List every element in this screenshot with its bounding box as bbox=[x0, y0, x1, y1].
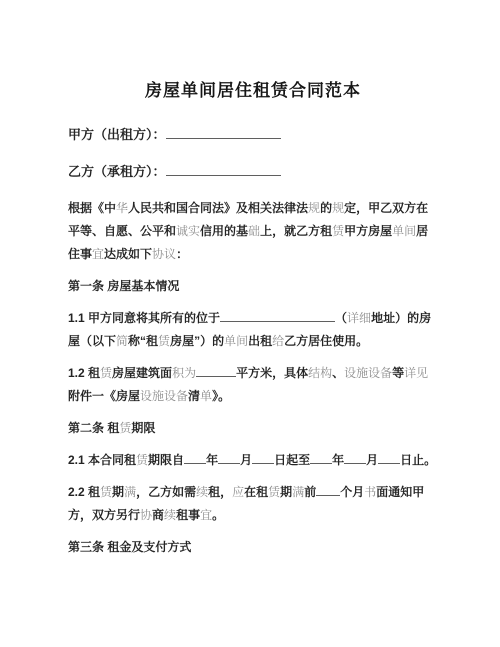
text-run: 积为 bbox=[172, 366, 196, 380]
text-run: 1.2 租 bbox=[68, 366, 100, 380]
text-run: 协 bbox=[140, 508, 152, 522]
text-run: 1.1 甲方同意将其所有的位于 bbox=[68, 311, 220, 325]
text-run: 结构 bbox=[308, 366, 332, 380]
document-title: 房屋单间居住租赁合同范本 bbox=[68, 78, 438, 104]
heading-article-2: 第二条 租赁期限 bbox=[68, 417, 438, 440]
fill-in-blank bbox=[166, 125, 281, 139]
text-run: 满 bbox=[124, 485, 136, 499]
text-run: 租事 bbox=[176, 508, 200, 522]
text-run: 清 bbox=[188, 389, 200, 403]
text-run: 详见 bbox=[404, 366, 428, 380]
party-a-line: 甲方（出租方）： bbox=[68, 123, 438, 146]
text-run: 甲方（出租方）： bbox=[68, 127, 166, 142]
text-run: 日止。 bbox=[400, 453, 436, 467]
text-run: 商 bbox=[152, 508, 164, 522]
text-run: 日起至 bbox=[274, 453, 310, 467]
fill-in-blank bbox=[220, 308, 335, 322]
fill-in-blank bbox=[310, 450, 332, 464]
text-run: 期 bbox=[112, 485, 124, 499]
text-run: 房屋”）的 bbox=[170, 334, 224, 348]
text-run: 赁 bbox=[100, 485, 112, 499]
text-run: 续 bbox=[196, 485, 208, 499]
text-run: 上，就乙方租 bbox=[260, 224, 332, 238]
fill-in-blank bbox=[378, 450, 400, 464]
text-run: 甲方房屋 bbox=[344, 224, 392, 238]
text-run: （ bbox=[335, 311, 347, 325]
text-run: 出租 bbox=[248, 334, 272, 348]
clause-1-2: 1.2 租赁房屋建筑面积为平方米，具体结构、设施设备等详见附件一《房屋设施设备清… bbox=[68, 362, 438, 408]
fill-in-blank bbox=[344, 450, 366, 464]
text-run: 诚实 bbox=[176, 224, 200, 238]
text-run: 期限自 bbox=[148, 453, 184, 467]
text-run: 单间 bbox=[224, 334, 248, 348]
heading-article-3: 第三条 租金及支付方式 bbox=[68, 536, 438, 559]
text-run: 年 bbox=[332, 453, 344, 467]
text-run: 、 bbox=[332, 366, 344, 380]
text-run: 第一条 房屋基本情况 bbox=[68, 279, 179, 293]
text-run: 房屋建筑面 bbox=[112, 366, 172, 380]
text-run: 》。 bbox=[212, 389, 230, 403]
text-run: 宜 bbox=[200, 508, 212, 522]
text-run: 达成如下 bbox=[104, 247, 152, 261]
fill-in-blank bbox=[316, 482, 340, 496]
text-run: 赁 bbox=[136, 453, 148, 467]
intro-paragraph: 根据《中华人民共和国合同法》及相关法律法规的规定，甲乙双方在平等、自愿、公平和诚… bbox=[68, 197, 438, 266]
text-run: 第三条 租金及支付方式 bbox=[68, 540, 191, 554]
text-run: 年 bbox=[206, 453, 218, 467]
text-run: 础 bbox=[248, 224, 260, 238]
text-run: 赁 bbox=[332, 224, 344, 238]
text-run: 满 bbox=[292, 485, 304, 499]
text-run: 单 bbox=[200, 389, 212, 403]
text-run: ，乙方如需 bbox=[136, 485, 196, 499]
text-run: 规 bbox=[332, 201, 344, 215]
text-run: 的 bbox=[320, 201, 332, 215]
text-run: 乙方（承租方）： bbox=[68, 164, 166, 179]
text-run: 设施设备 bbox=[344, 366, 392, 380]
heading-article-1: 第一条 房屋基本情况 bbox=[68, 275, 438, 298]
text-run: 续 bbox=[164, 508, 176, 522]
text-run: 个月 bbox=[340, 485, 364, 499]
text-run: 在租 bbox=[244, 485, 268, 499]
fill-in-blank bbox=[196, 363, 236, 377]
text-run: 宜 bbox=[92, 247, 104, 261]
party-b-line: 乙方（承租方）： bbox=[68, 160, 438, 183]
text-run: 人民共和国合同法》及相关法律法 bbox=[128, 201, 308, 215]
text-run: 设施设备 bbox=[140, 389, 188, 403]
fill-in-blank bbox=[252, 450, 274, 464]
text-run: 2.1 本合同租 bbox=[68, 453, 136, 467]
text-run: 第二条 租 bbox=[68, 421, 119, 435]
text-run: 平方米，具体 bbox=[236, 366, 308, 380]
text-run: 赁 bbox=[100, 366, 112, 380]
text-run: 简 bbox=[116, 334, 128, 348]
text-run: ： bbox=[176, 247, 188, 261]
text-run: 租， bbox=[208, 485, 232, 499]
text-run: 信用的基 bbox=[200, 224, 248, 238]
document-page: { "document": { "title": "房屋单间居住租赁合同范本",… bbox=[0, 0, 500, 647]
text-run: 2.2 租 bbox=[68, 485, 100, 499]
text-run: 赁 bbox=[158, 334, 170, 348]
fill-in-blank bbox=[166, 162, 281, 176]
text-run: 应 bbox=[232, 485, 244, 499]
text-run: 根据《中 bbox=[68, 201, 116, 215]
clause-2-2: 2.2 租赁期满，乙方如需续租，应在租赁期满前个月书面通知甲方，双方另行协商续租… bbox=[68, 481, 438, 527]
text-run: 单间 bbox=[392, 224, 416, 238]
text-run: 赁 bbox=[268, 485, 280, 499]
text-run: 。 bbox=[212, 508, 224, 522]
text-run: 月 bbox=[240, 453, 252, 467]
fill-in-blank bbox=[218, 450, 240, 464]
text-run: 规 bbox=[308, 201, 320, 215]
text-run: 书 bbox=[364, 485, 376, 499]
text-run: 附件一《房屋 bbox=[68, 389, 140, 403]
text-run: 月 bbox=[366, 453, 378, 467]
text-run: 协议 bbox=[152, 247, 176, 261]
text-run: 期限 bbox=[131, 421, 155, 435]
text-run: 华 bbox=[116, 201, 128, 215]
clause-1-1: 1.1 甲方同意将其所有的位于（详细地址）的房屋（以下简称“租赁房屋”）的单间出… bbox=[68, 307, 438, 353]
text-run: 乙方居住使用。 bbox=[284, 334, 368, 348]
text-run: 详细 bbox=[347, 311, 371, 325]
clause-2-1: 2.1 本合同租赁期限自年月日起至年月日止。 bbox=[68, 449, 438, 472]
fill-in-blank bbox=[184, 450, 206, 464]
text-run: 等 bbox=[392, 366, 404, 380]
text-run: 赁 bbox=[119, 421, 131, 435]
text-run: 称“租 bbox=[128, 334, 158, 348]
text-run: 给 bbox=[272, 334, 284, 348]
contract-document: 房屋单间居住租赁合同范本 甲方（出租方）： 乙方（承租方）： 根据《中华人民共和… bbox=[0, 0, 500, 647]
text-run: 期 bbox=[280, 485, 292, 499]
text-run: 前 bbox=[304, 485, 316, 499]
